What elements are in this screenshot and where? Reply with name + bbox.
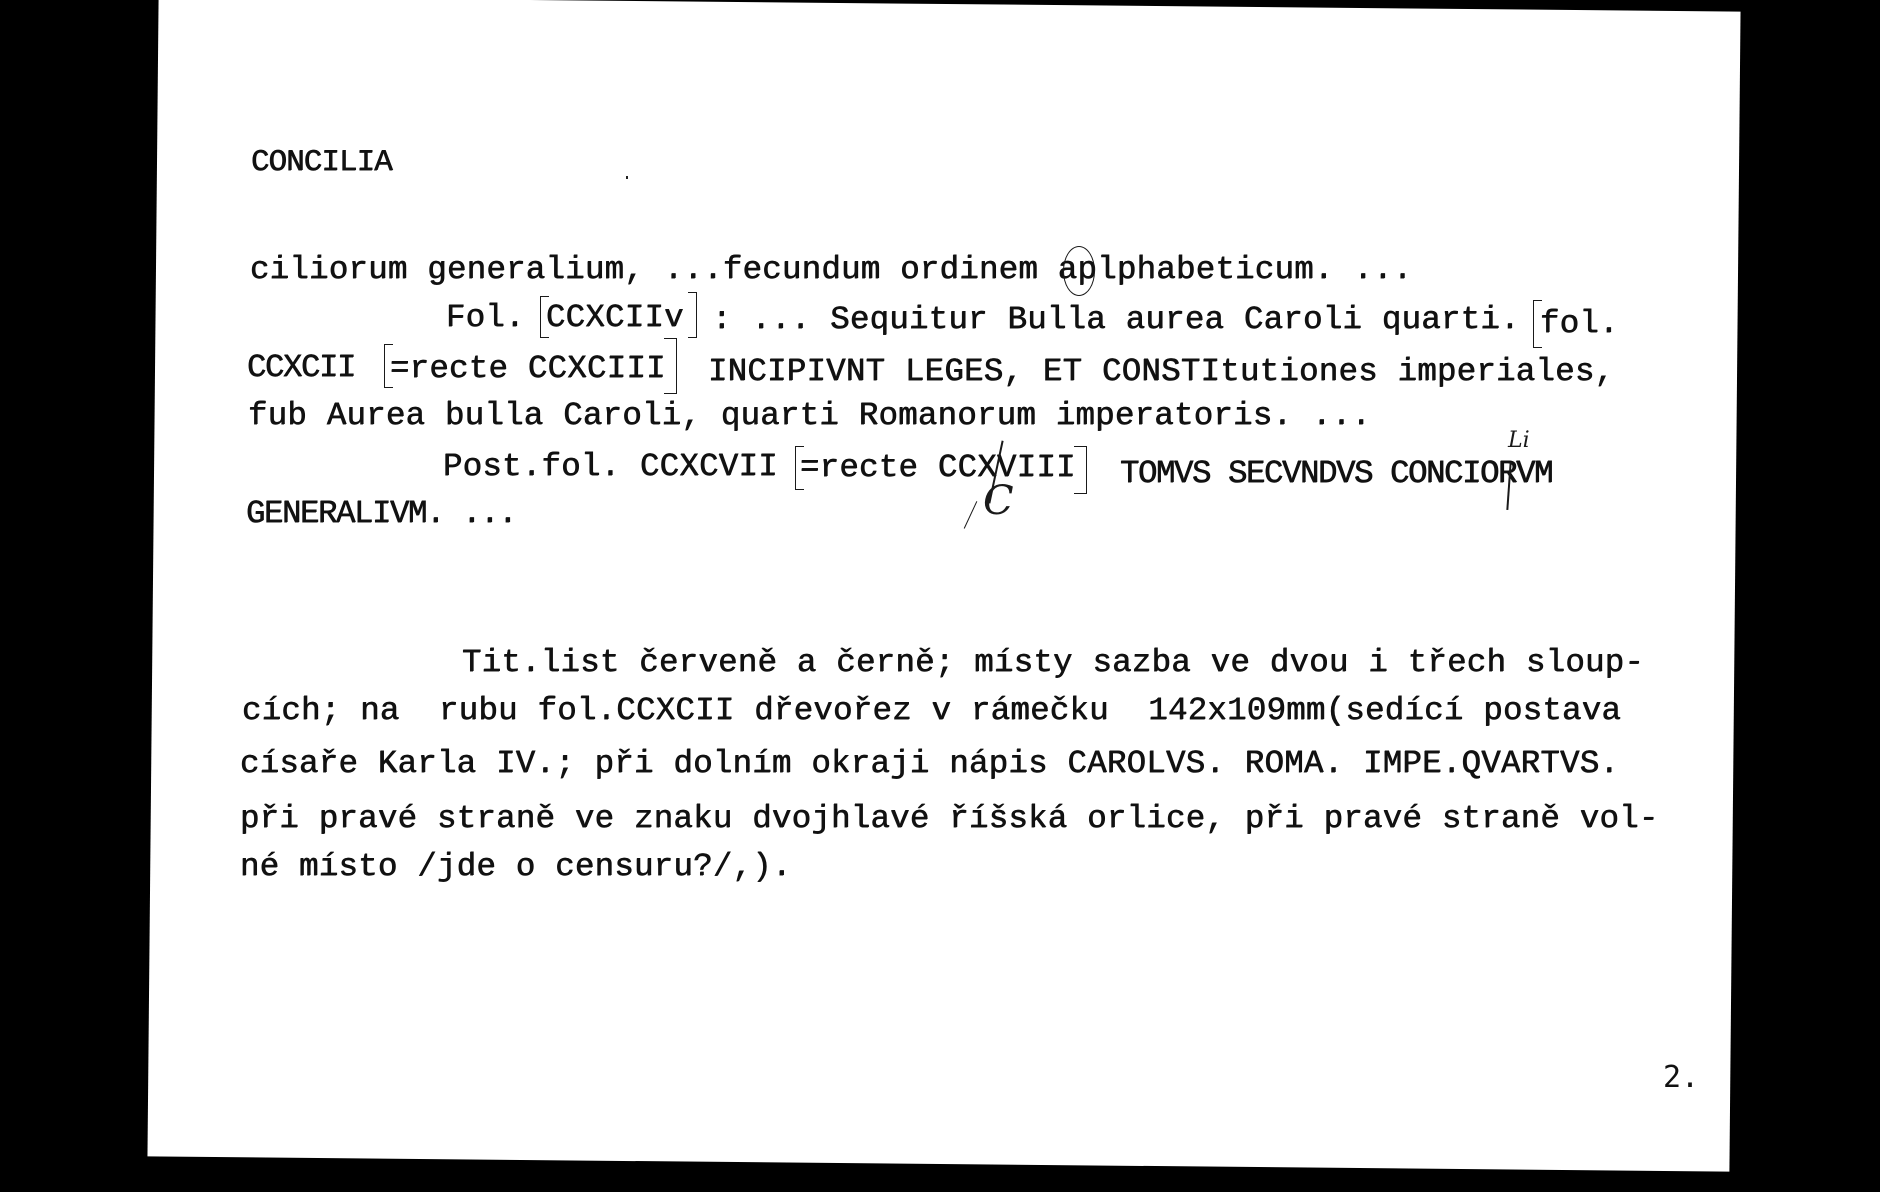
note-line-5: né místo /jde o censuru?/,). [240, 851, 792, 884]
citation-line-2-text: : ... Sequitur Bulla aurea Caroli quarti… [712, 304, 1520, 337]
citation-line-3-correction: =recte CCXCIII [390, 353, 666, 386]
citation-line-6: GENERALIVM. ... [246, 498, 516, 531]
note-line-4: při pravé straně ve znaku dvojhlavé říšs… [240, 803, 1659, 836]
bracket-close [688, 292, 697, 338]
citation-line-1: ciliorum generalium, ...fecundum ordinem… [250, 254, 1413, 287]
citation-line-5-title: TOMVS SECVNDVS CONCIORVM [1120, 458, 1552, 491]
handwritten-stroke [964, 501, 978, 529]
card-content: CONCILIA ciliorum generalium, ...fecundu… [0, 0, 1880, 1192]
note-line-2: cích; na rubu fol.CCXCII dřevořez v ráme… [242, 695, 1621, 728]
citation-line-5-folio: Post.fol. CCXCVII [443, 451, 778, 484]
handwritten-correction-li: Li [1508, 428, 1530, 453]
page-number: 2. [1663, 1060, 1699, 1095]
note-line-3: císaře Karla IV.; při dolním okraji nápi… [240, 748, 1619, 781]
citation-line-3-folio: CCXCII [247, 352, 355, 385]
citation-line-2-fol: Fol. [446, 302, 525, 335]
citation-line-3-text: INCIPIVNT LEGES, ET CONSTItutiones imper… [708, 356, 1614, 389]
handwritten-correction-c: C [983, 478, 1014, 524]
scan-speck [626, 176, 628, 179]
note-line-1: Tit.list červeně a černě; místy sazba ve… [462, 647, 1644, 680]
card-heading: CONCILIA [251, 147, 392, 178]
bracket-close [664, 338, 677, 394]
citation-line-4: fub Aurea bulla Caroli, quarti Romanorum… [248, 400, 1371, 433]
bracket-close [1074, 446, 1087, 494]
circled-letter-mark [1063, 246, 1095, 296]
citation-line-2-folio: CCXCIIv [546, 302, 684, 335]
citation-line-5-correction: =recte CCXVIII [800, 452, 1076, 485]
citation-line-2-fol-ref: fol. [1540, 308, 1619, 341]
